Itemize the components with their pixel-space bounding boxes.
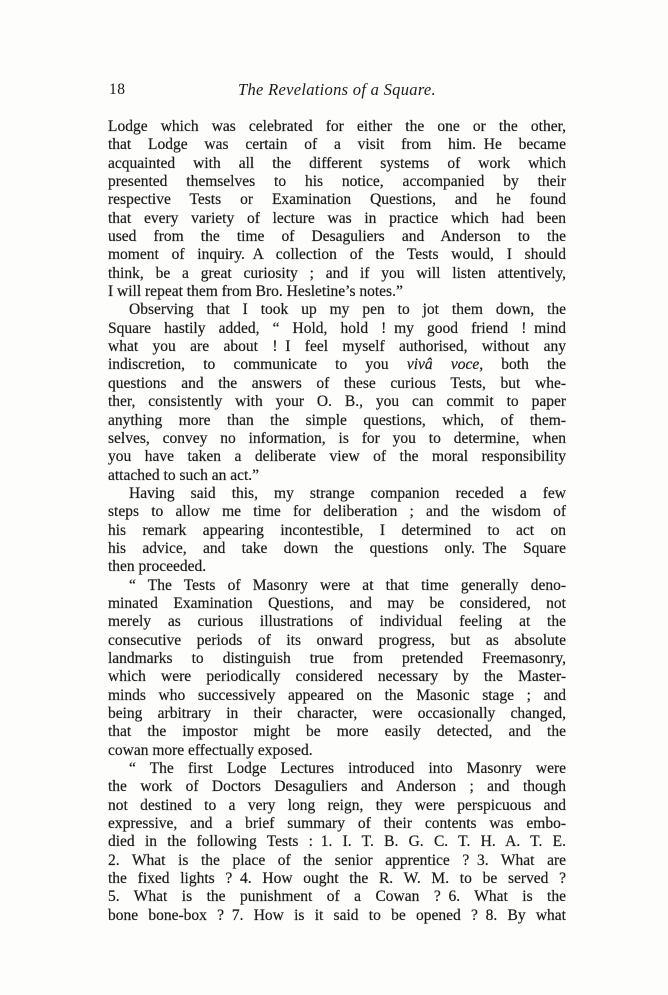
text-segment: 5. What is the punishment of a Cowan ? 6… — [108, 888, 566, 905]
paragraph: “ The first Lodge Lectures introduced in… — [108, 760, 566, 925]
text-line: that the impostor might be more easily d… — [108, 723, 566, 741]
text-segment: used from the time of Desaguliers and An… — [108, 228, 566, 245]
text-line: think, be a great curiosity ; and if you… — [108, 265, 566, 283]
text-line: his remark appearing incontestible, I de… — [108, 522, 566, 540]
text-line: which were periodically considered neces… — [108, 668, 566, 686]
text-segment: minds who successively appeared on the M… — [108, 687, 566, 704]
running-title: The Revelations of a Square. — [238, 80, 436, 99]
page-number: 18 — [109, 80, 126, 99]
text-segment: what you are about ! I feel myself autho… — [108, 338, 566, 355]
text-line: “ The first Lodge Lectures introduced in… — [108, 760, 566, 778]
text-segment: not destined to a very long reign, they … — [108, 797, 566, 814]
text-segment: landmarks to distinguish true from prete… — [108, 650, 566, 667]
text-segment: attached to such an act.” — [108, 467, 259, 484]
text-segment: “ The Tests of Masonry were at that time… — [129, 577, 566, 594]
text-line: selves, convey no information, is for yo… — [108, 430, 566, 448]
text-line: merely as curious illustrations of indiv… — [108, 613, 566, 631]
text-segment: consecutive periods of its onward progre… — [108, 632, 566, 649]
text-segment: that every variety of lecture was in pra… — [108, 210, 566, 227]
text-segment: , both the — [479, 356, 566, 373]
text-line: Square hastily added, “ Hold, hold ! my … — [108, 320, 566, 338]
text-line: minds who successively appeared on the M… — [108, 687, 566, 705]
text-segment: merely as curious illustrations of indiv… — [108, 613, 566, 630]
text-segment: moment of inquiry. A collection of the T… — [108, 246, 566, 263]
text-line: cowan more effectually exposed. — [108, 742, 566, 760]
text-line: ther, consistently with your O. B., you … — [108, 393, 566, 411]
text-line: not destined to a very long reign, they … — [108, 797, 566, 815]
book-page: 18 The Revelations of a Square. Lodge wh… — [0, 0, 668, 995]
text-line: expressive, and a brief summary of their… — [108, 815, 566, 833]
text-line: Lodge which was celebrated for either th… — [108, 118, 566, 136]
text-segment: cowan more effectually exposed. — [108, 742, 313, 759]
text-segment: that the impostor might be more easily d… — [108, 723, 566, 740]
text-segment: you have taken a deliberate view of the … — [108, 448, 566, 465]
text-segment: then proceeded. — [108, 558, 206, 575]
text-segment: that Lodge was certain of a visit from h… — [108, 136, 566, 153]
text-line: consecutive periods of its onward progre… — [108, 632, 566, 650]
text-line: questions and the answers of these curio… — [108, 375, 566, 393]
text-segment: the fixed lights ? 4. How ought the R. W… — [108, 870, 566, 887]
text-segment: expressive, and a brief summary of their… — [108, 815, 566, 832]
text-line: Having said this, my strange companion r… — [108, 485, 566, 503]
paragraph: “ The Tests of Masonry were at that time… — [108, 577, 566, 760]
text-segment: respective Tests or Examination Question… — [108, 191, 566, 208]
text-segment: presented themselves to his notice, acco… — [108, 173, 566, 190]
text-line: bone bone-box ? 7. How is it said to be … — [108, 907, 566, 925]
text-line: 5. What is the punishment of a Cowan ? 6… — [108, 888, 566, 906]
text-segment: questions and the answers of these curio… — [108, 375, 566, 392]
text-segment: being arbitrary in their character, were… — [108, 705, 566, 722]
text-line: you have taken a deliberate view of the … — [108, 448, 566, 466]
text-line: that Lodge was certain of a visit from h… — [108, 136, 566, 154]
page-body: Lodge which was celebrated for either th… — [108, 118, 566, 925]
text-segment: which were periodically considered neces… — [108, 668, 566, 685]
text-segment: the work of Doctors Desaguliers and Ande… — [108, 778, 566, 795]
text-line: minated Examination Questions, and may b… — [108, 595, 566, 613]
text-line: I will repeat them from Bro. Hesletine’s… — [108, 283, 566, 301]
text-line: the fixed lights ? 4. How ought the R. W… — [108, 870, 566, 888]
text-line: the work of Doctors Desaguliers and Ande… — [108, 778, 566, 796]
text-segment: selves, convey no information, is for yo… — [108, 430, 566, 447]
text-segment: Lodge which was celebrated for either th… — [108, 118, 566, 135]
paragraph: Lodge which was celebrated for either th… — [108, 118, 566, 301]
text-line: landmarks to distinguish true from prete… — [108, 650, 566, 668]
text-segment: 2. What is the place of the senior appre… — [108, 852, 566, 869]
page-content: 18 The Revelations of a Square. Lodge wh… — [108, 80, 566, 925]
text-line: moment of inquiry. A collection of the T… — [108, 246, 566, 264]
text-segment: Having said this, my strange companion r… — [129, 485, 566, 502]
text-line: acquainted with all the different system… — [108, 155, 566, 173]
text-segment: his advice, and take down the questions … — [108, 540, 566, 557]
text-line: indiscretion, to communicate to you vivâ… — [108, 356, 566, 374]
page-header: 18 The Revelations of a Square. — [108, 80, 566, 99]
text-segment: anything more than the simple questions,… — [108, 412, 566, 429]
text-line: attached to such an act.” — [108, 467, 566, 485]
text-line: Observing that I took up my pen to jot t… — [108, 301, 566, 319]
text-segment: steps to allow me time for deliberation … — [108, 503, 566, 520]
text-line: then proceeded. — [108, 558, 566, 576]
text-line: died in the following Tests : 1. I. T. B… — [108, 833, 566, 851]
text-line: “ The Tests of Masonry were at that time… — [108, 577, 566, 595]
text-segment: Square hastily added, “ Hold, hold ! my … — [108, 320, 566, 337]
text-line: presented themselves to his notice, acco… — [108, 173, 566, 191]
italic-text: vivâ voce — [407, 356, 479, 373]
text-segment: I will repeat them from Bro. Hesletine’s… — [108, 283, 403, 300]
text-segment: indiscretion, to communicate to you — [108, 356, 407, 373]
text-segment: died in the following Tests : 1. I. T. B… — [108, 833, 566, 850]
text-line: 2. What is the place of the senior appre… — [108, 852, 566, 870]
text-segment: ther, consistently with your O. B., you … — [108, 393, 566, 410]
paragraph: Observing that I took up my pen to jot t… — [108, 301, 566, 484]
text-segment: minated Examination Questions, and may b… — [108, 595, 566, 612]
text-line: respective Tests or Examination Question… — [108, 191, 566, 209]
text-segment: “ The first Lodge Lectures introduced in… — [129, 760, 566, 777]
text-segment: Observing that I took up my pen to jot t… — [129, 301, 566, 318]
paragraph: Having said this, my strange companion r… — [108, 485, 566, 577]
text-segment: think, be a great curiosity ; and if you… — [108, 265, 566, 282]
text-line: what you are about ! I feel myself autho… — [108, 338, 566, 356]
text-line: his advice, and take down the questions … — [108, 540, 566, 558]
text-line: that every variety of lecture was in pra… — [108, 210, 566, 228]
text-segment: his remark appearing incontestible, I de… — [108, 522, 566, 539]
text-line: being arbitrary in their character, were… — [108, 705, 566, 723]
text-line: steps to allow me time for deliberation … — [108, 503, 566, 521]
text-line: anything more than the simple questions,… — [108, 412, 566, 430]
text-segment: bone bone-box ? 7. How is it said to be … — [108, 907, 566, 924]
text-line: used from the time of Desaguliers and An… — [108, 228, 566, 246]
text-segment: acquainted with all the different system… — [108, 155, 566, 172]
